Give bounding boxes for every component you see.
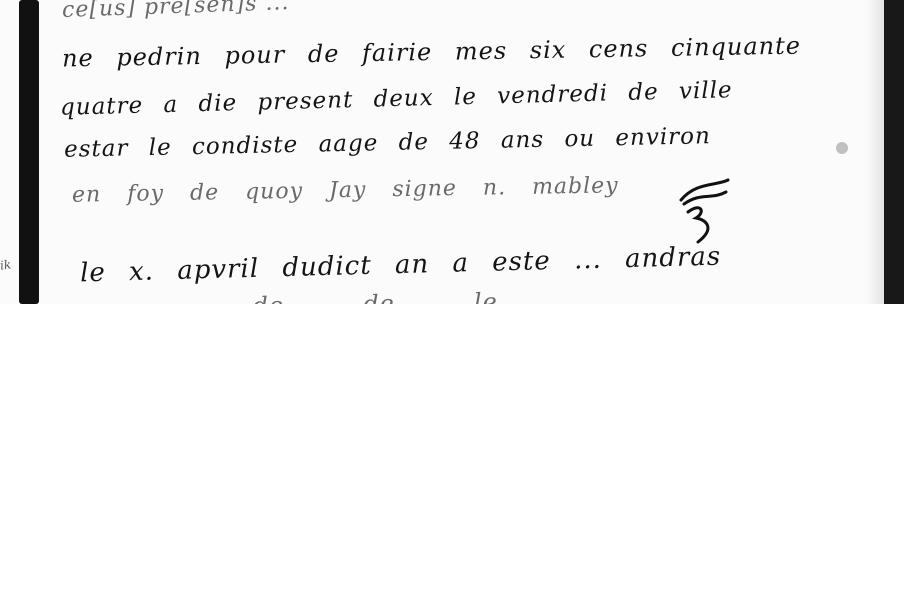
- binding-edge-left: [19, 0, 39, 304]
- manuscript-line-3: estar le condiste aage de 48 ans ou envi…: [64, 123, 711, 163]
- margin-note: ik: [0, 257, 12, 272]
- manuscript-line-1: ne pedrin pour de fairie mes six cens ci…: [62, 32, 801, 73]
- manuscript-line-2: quatre a die present deux le vendredi de…: [60, 77, 733, 121]
- page-edge-shadow: [866, 0, 886, 304]
- ink-spot: [836, 142, 848, 154]
- manuscript-line-4: en foy de quoy Jay signe n. mabley: [72, 173, 619, 208]
- manuscript-line-5: le x. apvril dudict an a este ... andras: [80, 242, 722, 289]
- manuscript-line-6: ... de ... de ... le ...: [200, 287, 551, 304]
- manuscript-line-0: ce[us] pre[sen]s ...: [62, 0, 290, 23]
- signature-paraph-icon: [676, 172, 736, 252]
- binding-edge-right: [884, 0, 904, 304]
- manuscript-scan: ik ce[us] pre[sen]s ... ne pedrin pour d…: [0, 0, 904, 304]
